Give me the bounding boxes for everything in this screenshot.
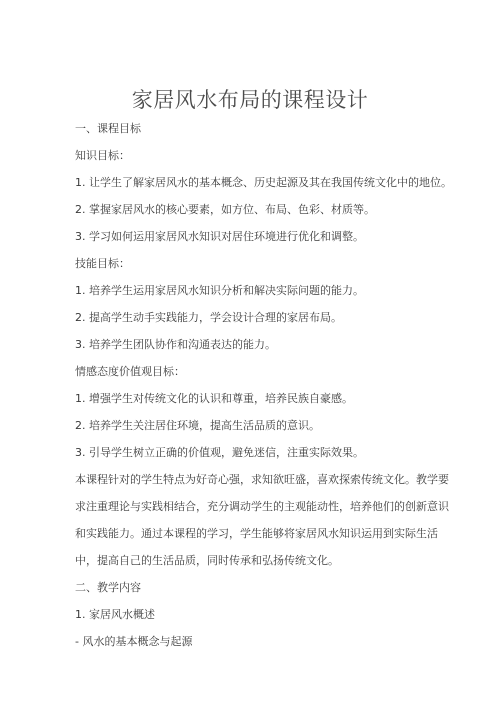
- subheading-knowledge-objectives: 知识目标：: [75, 149, 130, 163]
- paragraph-line-3: 和实践能力。通过本课程的学习，学生能够将家居风水知识运用到实际生活: [75, 527, 438, 541]
- paragraph-line-1: 本课程针对的学生特点为好奇心强，求知欲旺盛，喜欢探索传统文化。教学要: [75, 473, 449, 487]
- subheading-skill-objectives: 技能目标：: [75, 257, 130, 271]
- knowledge-item-1: 1. 让学生了解家居风水的基本概念、历史起源及其在我国传统文化中的地位。: [75, 176, 452, 190]
- document-page: 家居风水布局的课程设计 一、课程目标 知识目标： 1. 让学生了解家居风水的基本…: [0, 0, 500, 707]
- paragraph-line-2: 求注重理论与实践相结合，充分调动学生的主观能动性，培养他们的创新意识: [75, 500, 449, 514]
- document-title: 家居风水布局的课程设计: [0, 84, 500, 114]
- skill-item-1: 1. 培养学生运用家居风水知识分析和解决实际问题的能力。: [75, 284, 364, 298]
- skill-item-2: 2. 提高学生动手实践能力，学会设计合理的家居布局。: [75, 311, 342, 325]
- content-subitem-1: - 风水的基本概念与起源: [75, 635, 192, 649]
- section-heading-teaching-content: 二、教学内容: [75, 581, 141, 595]
- attitude-item-2: 2. 培养学生关注居住环境，提高生活品质的意识。: [75, 419, 320, 433]
- skill-item-3: 3. 培养学生团队协作和沟通表达的能力。: [75, 338, 276, 352]
- subheading-attitude-objectives: 情感态度价值观目标：: [75, 365, 185, 379]
- attitude-item-1: 1. 增强学生对传统文化的认识和尊重，培养民族自豪感。: [75, 392, 353, 406]
- knowledge-item-2: 2. 掌握家居风水的核心要素，如方位、布局、色彩、材质等。: [75, 203, 375, 217]
- paragraph-line-4: 中，提高自己的生活品质，同时传承和弘扬传统文化。: [75, 554, 339, 568]
- knowledge-item-3: 3. 学习如何运用家居风水知识对居住环境进行优化和调整。: [75, 230, 364, 244]
- attitude-item-3: 3. 引导学生树立正确的价值观，避免迷信，注重实际效果。: [75, 446, 364, 460]
- content-item-1: 1. 家居风水概述: [75, 608, 155, 622]
- section-heading-course-objectives: 一、课程目标: [75, 122, 141, 136]
